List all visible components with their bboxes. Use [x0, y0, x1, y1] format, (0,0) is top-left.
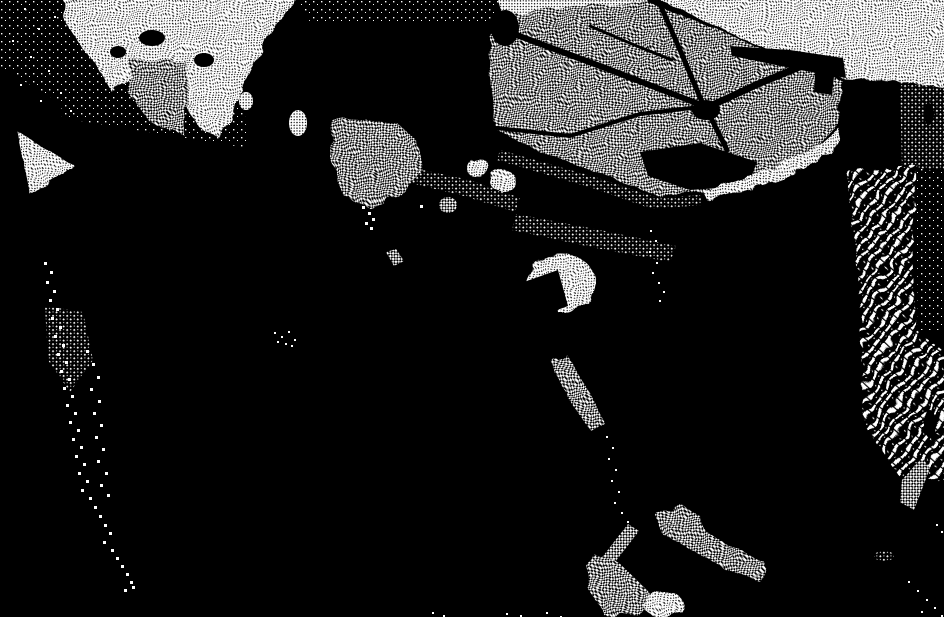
- dark-oval-right-lower: [924, 410, 936, 438]
- sky-dark-clump-2: [194, 53, 214, 67]
- blob-pair-2: [490, 170, 516, 192]
- speckle-top-strip: [298, 0, 500, 24]
- blob-pair-1: [467, 158, 489, 178]
- sky-right-strip: [900, 82, 944, 170]
- blob-upper-2: [289, 110, 307, 136]
- blob-upper-1: [239, 92, 253, 110]
- blob-small-mid: [439, 197, 457, 213]
- bottom-blob: [643, 591, 683, 617]
- speckle-right-column: [916, 168, 944, 330]
- halftone-photo: [0, 0, 944, 617]
- dash-bottom-right: [874, 551, 894, 561]
- helmet-dark-bottom: [526, 303, 558, 321]
- branch-junction: [692, 100, 720, 120]
- dark-oval-right-upper: [924, 103, 934, 125]
- sky-dark-clump-1: [139, 30, 165, 46]
- sky-dark-clump-3: [110, 46, 126, 58]
- photo-frame: [0, 0, 944, 617]
